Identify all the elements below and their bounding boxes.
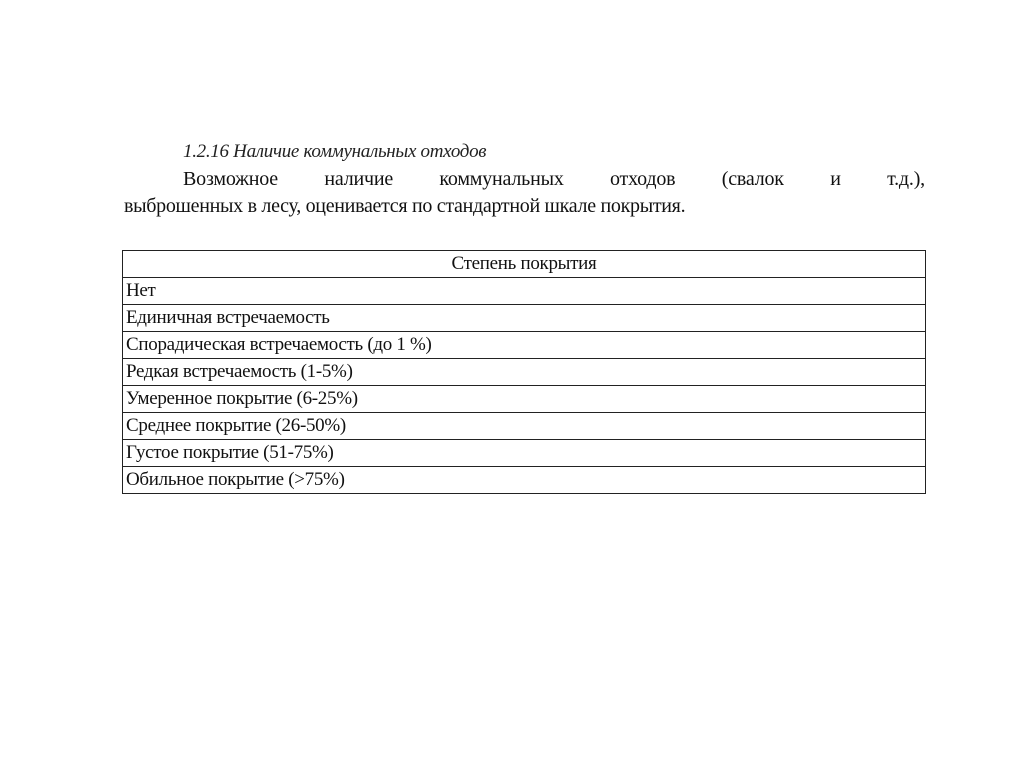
table-header-row: Степень покрытия — [123, 251, 926, 278]
table-row: Нет — [123, 278, 926, 305]
table-cell: Спорадическая встречаемость (до 1 %) — [123, 332, 926, 359]
table-header-cell: Степень покрытия — [123, 251, 926, 278]
paragraph-line-2: выброшенных в лесу, оценивается по станд… — [124, 195, 685, 218]
word: коммунальных — [439, 168, 563, 191]
word: и — [830, 168, 841, 191]
table-row: Единичная встречаемость — [123, 305, 926, 332]
coverage-scale-table: Степень покрытия Нет Единичная встречаем… — [122, 250, 926, 494]
section-heading: 1.2.16 Наличие коммунальных отходов — [183, 141, 486, 163]
table-cell: Среднее покрытие (26-50%) — [123, 413, 926, 440]
word: т.д.), — [887, 168, 925, 191]
paragraph-line-1: Возможное наличие коммунальных отходов (… — [183, 168, 925, 191]
table-cell: Редкая встречаемость (1-5%) — [123, 359, 926, 386]
word: отходов — [610, 168, 675, 191]
table-row: Спорадическая встречаемость (до 1 %) — [123, 332, 926, 359]
word: (свалок — [722, 168, 784, 191]
table-cell: Единичная встречаемость — [123, 305, 926, 332]
word: Возможное — [183, 168, 278, 191]
table-cell: Умеренное покрытие (6-25%) — [123, 386, 926, 413]
table-row: Умеренное покрытие (6-25%) — [123, 386, 926, 413]
table-row: Густое покрытие (51-75%) — [123, 440, 926, 467]
table-row: Среднее покрытие (26-50%) — [123, 413, 926, 440]
word: наличие — [324, 168, 393, 191]
table-cell: Нет — [123, 278, 926, 305]
table-row: Редкая встречаемость (1-5%) — [123, 359, 926, 386]
table-cell: Обильное покрытие (>75%) — [123, 467, 926, 494]
table-cell: Густое покрытие (51-75%) — [123, 440, 926, 467]
table-row: Обильное покрытие (>75%) — [123, 467, 926, 494]
